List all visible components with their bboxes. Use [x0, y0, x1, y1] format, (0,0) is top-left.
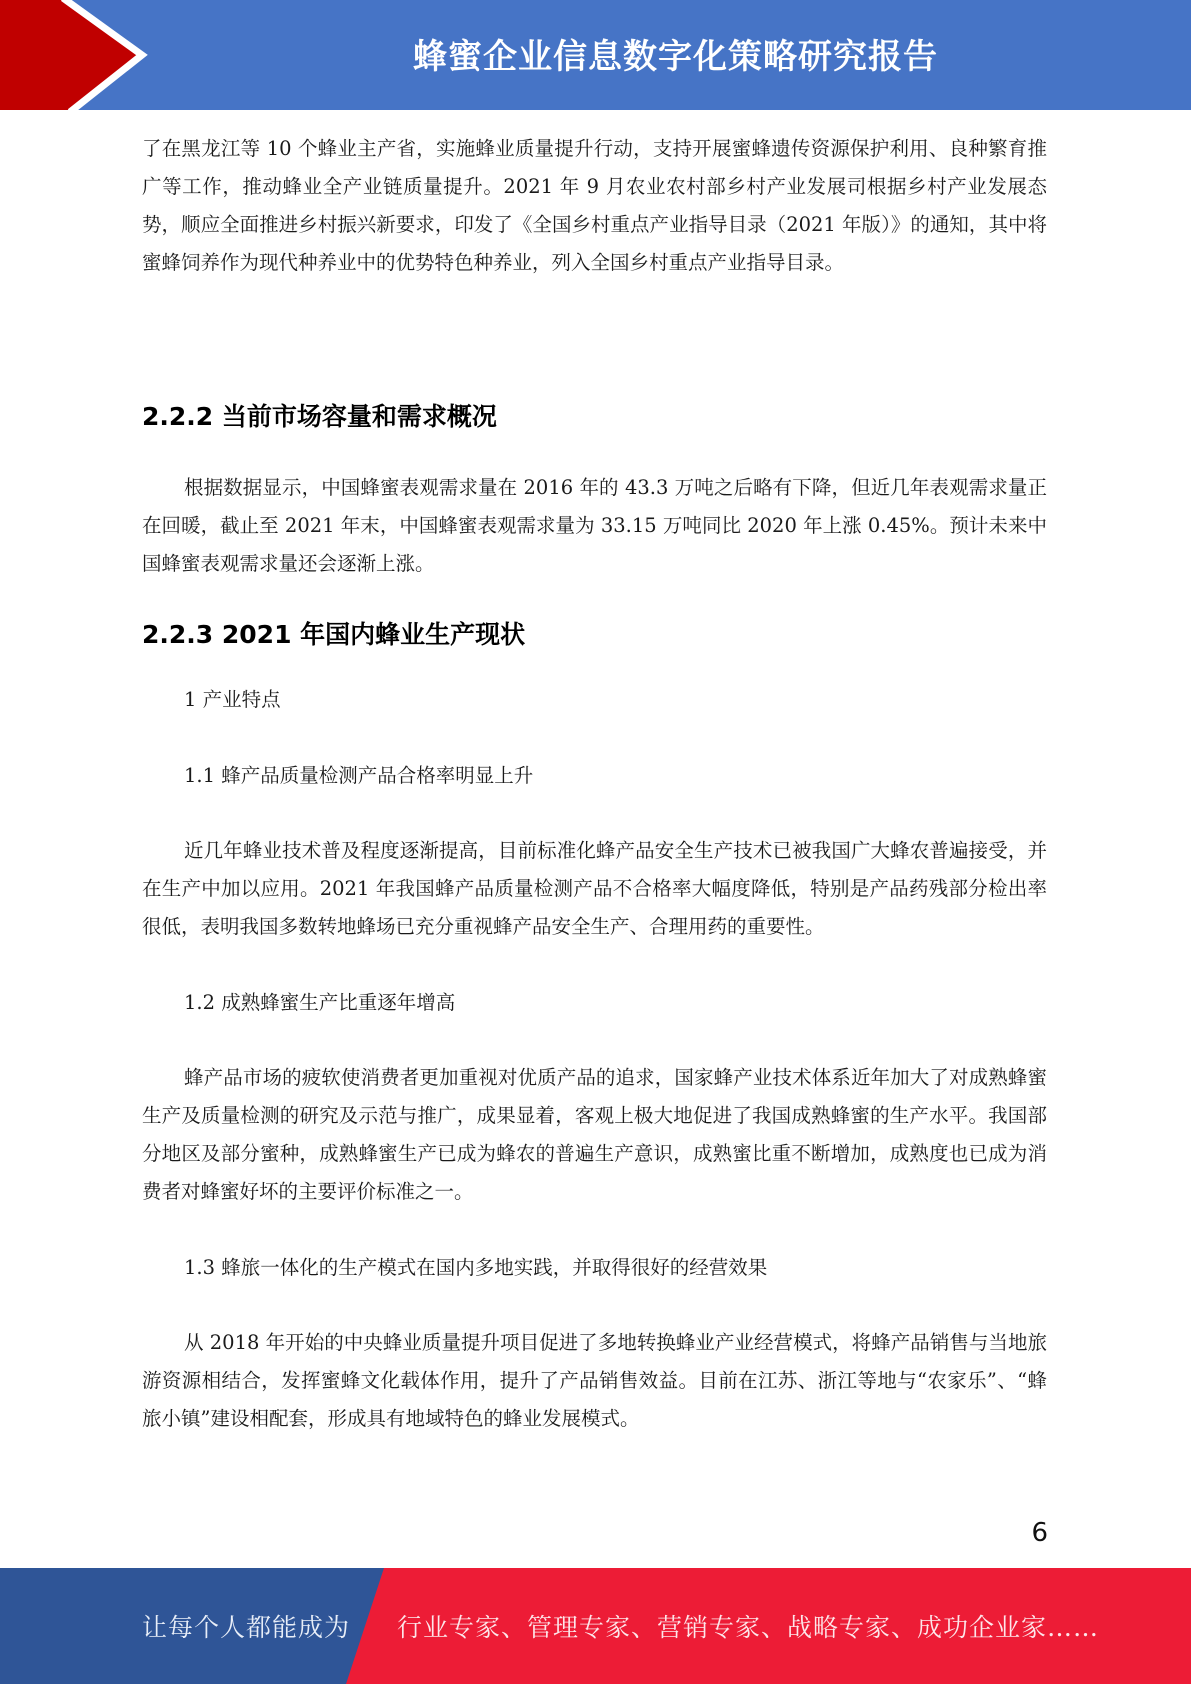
page-number: 6 — [1031, 1518, 1048, 1548]
footer-slogan-right: 行业专家、管理专家、营销专家、战略专家、成功企业家…… — [397, 1568, 1099, 1684]
market-demand-paragraph: 根据数据显示，中国蜂蜜表观需求量在 2016 年的 43.3 万吨之后略有下降，… — [142, 469, 1047, 583]
document-body: 了在黑龙江等 10 个蜂业主产省，实施蜂业质量提升行动，支持开展蜜蜂遗传资源保护… — [142, 130, 1047, 1438]
paragraph-1-2: 蜂产品市场的疲软使消费者更加重视对优质产品的追求，国家蜂产业技术体系近年加大了对… — [142, 1059, 1047, 1211]
subheading-1: 1 产业特点 — [142, 681, 1047, 719]
section-heading-2-2-3: 2.2.3 2021 年国内蜂业生产现状 — [142, 615, 1047, 651]
footer-slogan-left: 让每个人都能成为 — [142, 1568, 350, 1684]
subheading-1-3: 1.3 蜂旅一体化的生产模式在国内多地实践，并取得很好的经营效果 — [142, 1249, 1047, 1287]
intro-paragraph: 了在黑龙江等 10 个蜂业主产省，实施蜂业质量提升行动，支持开展蜜蜂遗传资源保护… — [142, 130, 1047, 282]
paragraph-1-1: 近几年蜂业技术普及程度逐渐提高，目前标准化蜂产品安全生产技术已被我国广大蜂农普遍… — [142, 832, 1047, 946]
page-footer: 让每个人都能成为 行业专家、管理专家、营销专家、战略专家、成功企业家…… — [0, 1568, 1191, 1684]
page-header: 蜂蜜企业信息数字化策略研究报告 — [0, 0, 1191, 110]
report-title: 蜂蜜企业信息数字化策略研究报告 — [0, 0, 1191, 110]
subheading-1-1: 1.1 蜂产品质量检测产品合格率明显上升 — [142, 757, 1047, 795]
section-heading-2-2-2: 2.2.2 当前市场容量和需求概况 — [142, 397, 1047, 433]
paragraph-1-3: 从 2018 年开始的中央蜂业质量提升项目促进了多地转换蜂业产业经营模式，将蜂产… — [142, 1324, 1047, 1438]
subheading-1-2: 1.2 成熟蜂蜜生产比重逐年增高 — [142, 984, 1047, 1022]
